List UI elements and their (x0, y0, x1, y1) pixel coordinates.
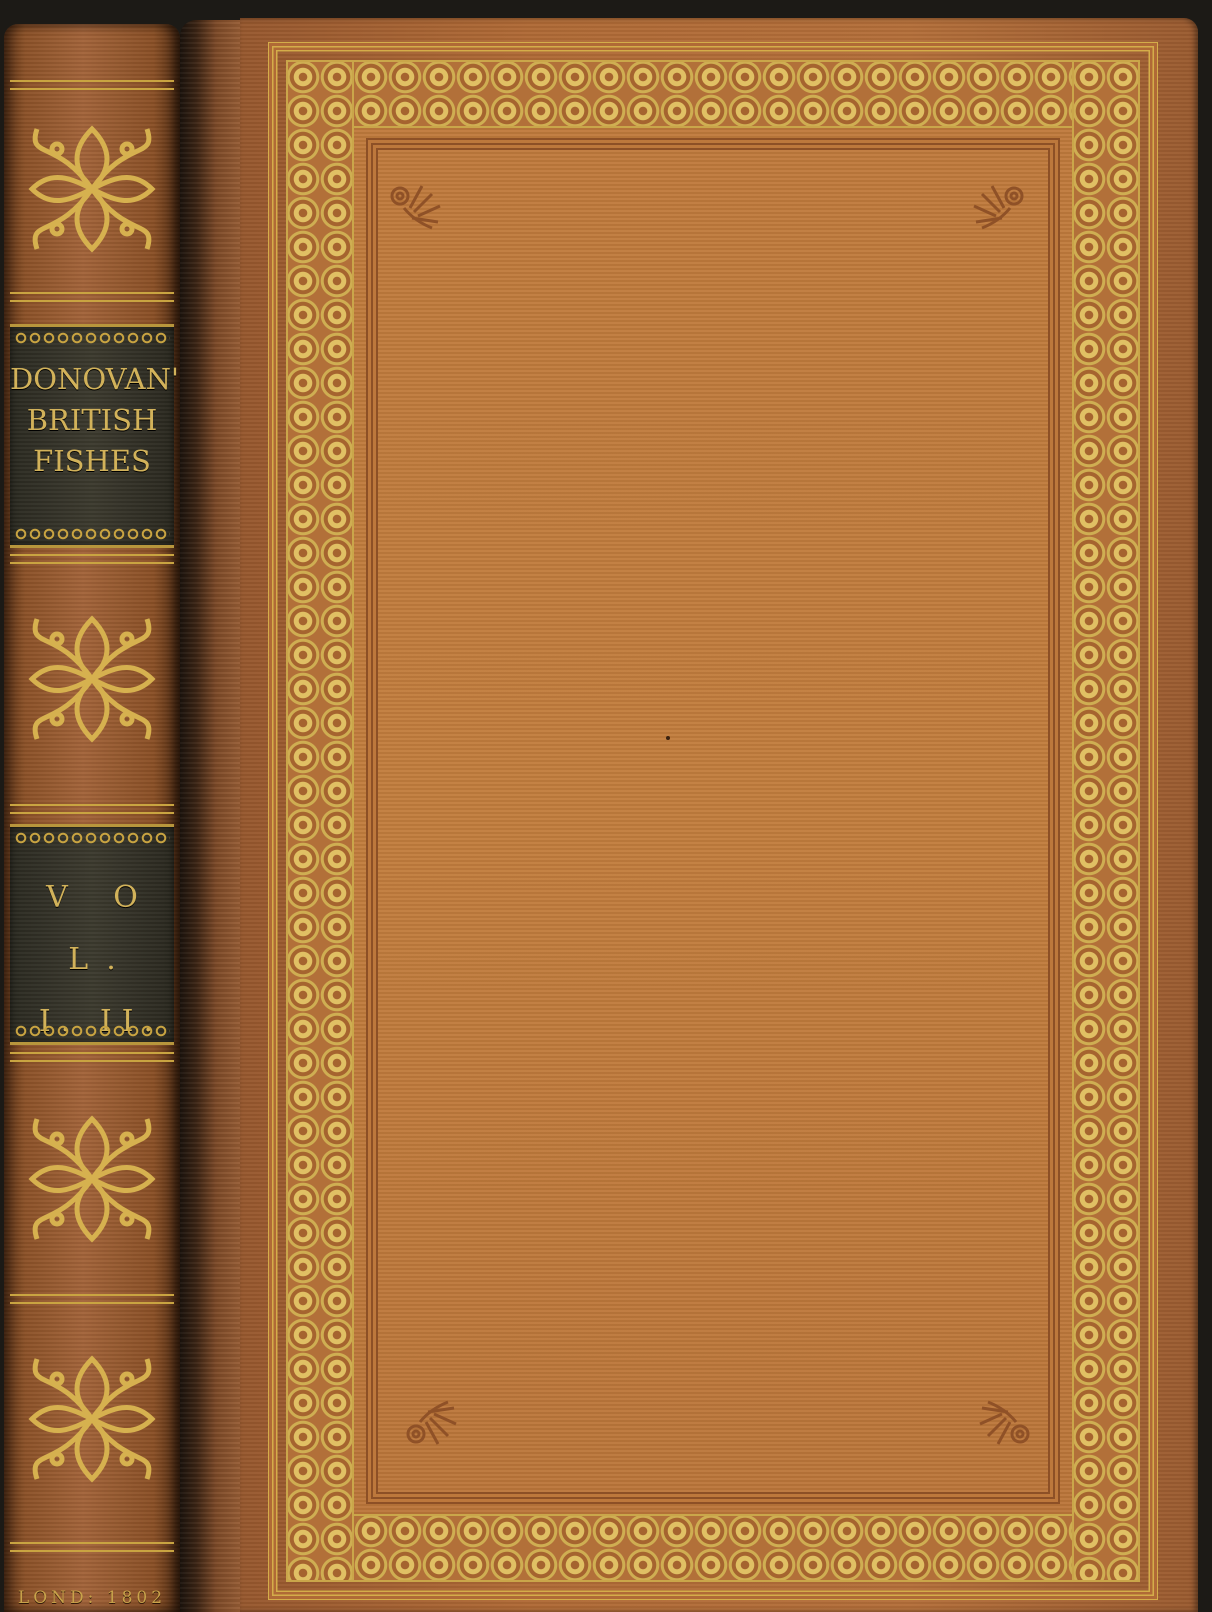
gilt-roll-border-bottom (286, 1514, 1140, 1582)
palmette-corner-icon (382, 178, 448, 236)
spine-ornament-compartment (12, 1064, 172, 1294)
spine-title-line: FISHES (10, 441, 174, 482)
spine-band (10, 1294, 174, 1304)
spine-band (10, 292, 174, 302)
spine-band (10, 804, 174, 814)
gilt-fleuron-icon (17, 1339, 167, 1499)
spine-title-line: DONOVAN'S (10, 359, 174, 400)
book-spine: DONOVAN'S BRITISH FISHES V O L. I. II. (4, 24, 180, 1612)
gilt-roll-border-right (1072, 60, 1140, 1582)
gilt-dot-roll (14, 527, 170, 541)
palmette-corner-icon (398, 1394, 464, 1452)
spine-band (10, 80, 174, 90)
gilt-roll-border-top (286, 60, 1140, 128)
gilt-dot-roll (14, 1024, 170, 1038)
blind-tooled-frame (366, 138, 1060, 1504)
gilt-roll-border-left (286, 60, 354, 1582)
spine-volume-line: I. II. (10, 991, 174, 1053)
gilt-dot-roll (14, 331, 170, 345)
spine-band (10, 1542, 174, 1552)
gilt-dot-roll (14, 831, 170, 845)
gilt-fleuron-icon (17, 109, 167, 269)
spine-band (10, 554, 174, 564)
spine-band (10, 1052, 174, 1062)
spine-ornament-compartment (12, 1304, 172, 1534)
spine-ornament-compartment (12, 94, 172, 284)
leather-blemish (666, 736, 670, 740)
spine-volume-label: V O L. I. II. (10, 824, 174, 1045)
gilt-fleuron-icon (17, 1099, 167, 1259)
spine-title-line: BRITISH (10, 400, 174, 441)
spine-title-label: DONOVAN'S BRITISH FISHES (10, 324, 174, 548)
palmette-corner-icon (972, 1394, 1038, 1452)
front-board (240, 18, 1198, 1612)
spine-volume-line: V O L. (10, 867, 174, 991)
palmette-corner-icon (966, 178, 1032, 236)
gilt-fleuron-icon (17, 599, 167, 759)
spine-ornament-compartment (12, 564, 172, 794)
spine-imprint: LOND: 1802 (14, 1588, 170, 1608)
center-panel (354, 128, 1072, 1514)
